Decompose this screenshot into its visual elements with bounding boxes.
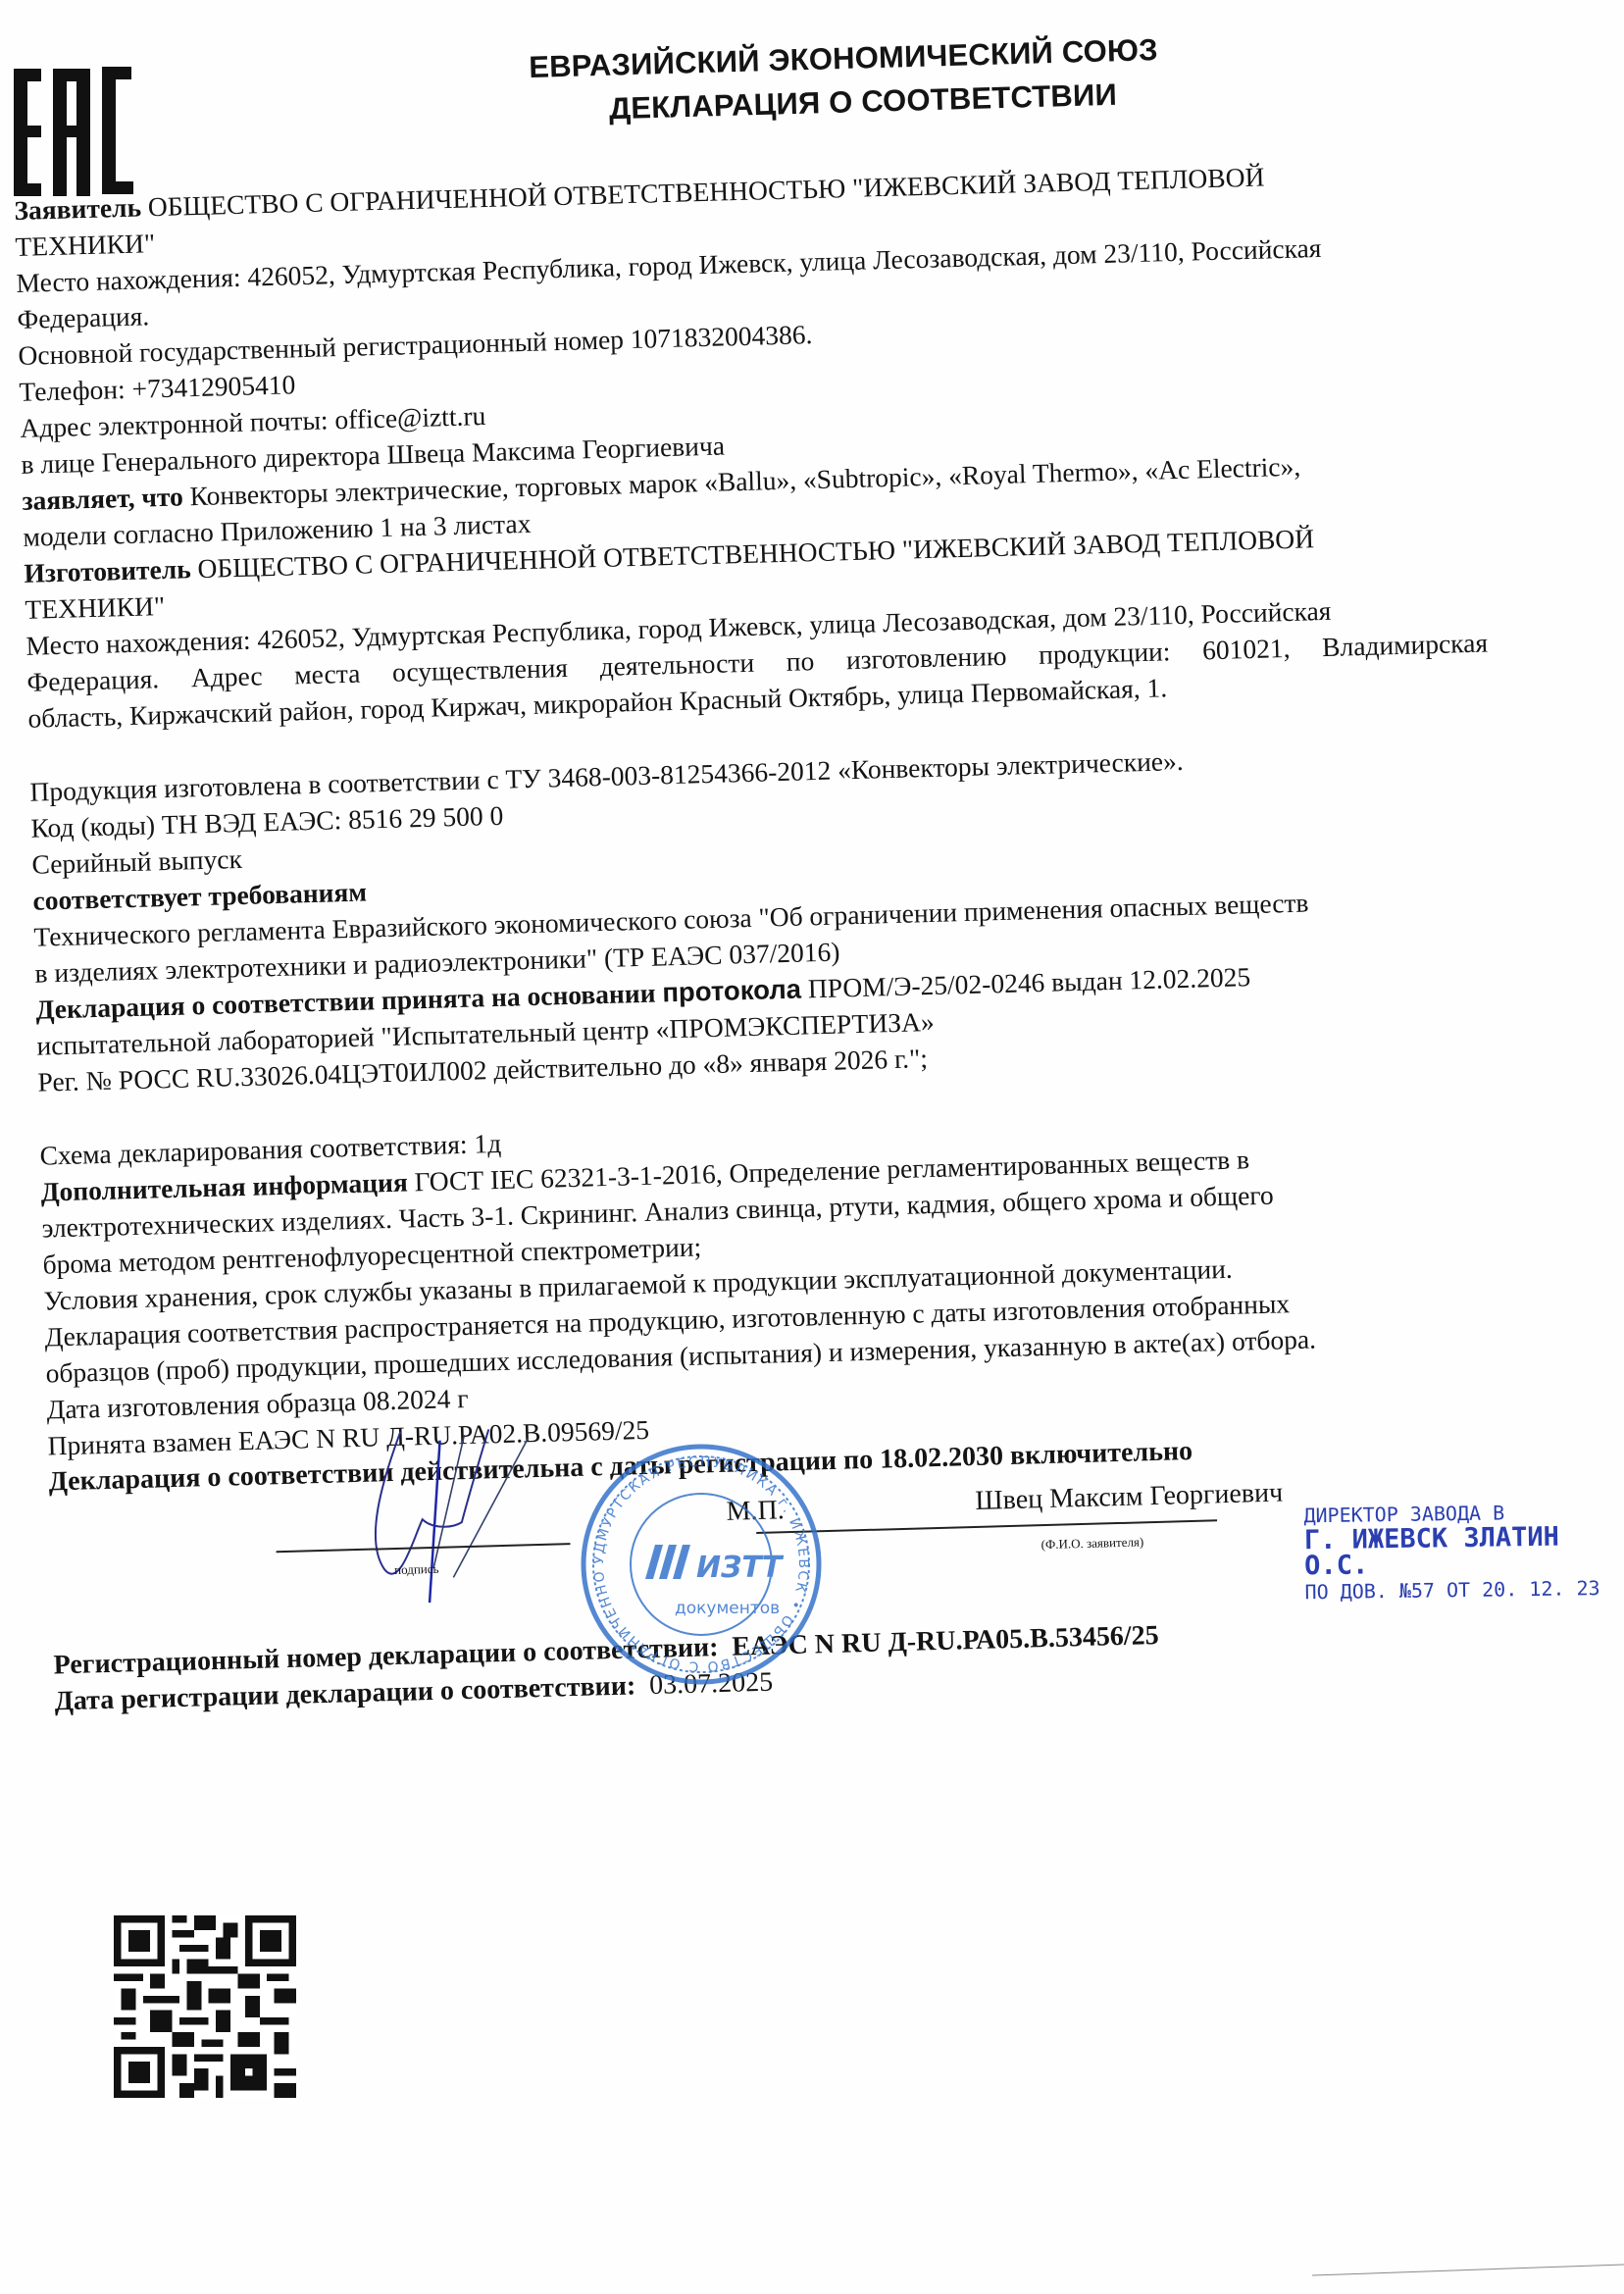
handwritten-signature-icon xyxy=(341,1417,562,1609)
copy-stamp-line-2: Г. ИЖЕВСК ЗЛАТИН О.С. xyxy=(1304,1524,1624,1580)
manufacturer-label: Изготовитель xyxy=(24,553,191,588)
svg-text:документов: документов xyxy=(675,1599,780,1618)
name-line xyxy=(756,1519,1217,1534)
scan-edge-line xyxy=(1312,2264,1624,2275)
applicant-label: Заявитель xyxy=(14,191,141,225)
copy-stamp-line-3: ПО ДОВ. №57 ОТ 20. 12. 23 xyxy=(1304,1575,1624,1606)
svg-text:ИЗТТ: ИЗТТ xyxy=(696,1551,785,1585)
signature-caption: подпись xyxy=(394,1551,439,1588)
signer-caption: (Ф.И.О. заявителя) xyxy=(1040,1523,1144,1562)
signer-name: Швец Максим Георгиевич xyxy=(975,1474,1284,1518)
certified-copy-stamp: ДИРЕКТОР ЗАВОДА В Г. ИЖЕВСК ЗЛАТИН О.С. … xyxy=(1303,1499,1624,1606)
qr-code-icon xyxy=(114,1915,296,2098)
declaration-page: ЕВРАЗИЙСКИЙ ЭКОНОМИЧЕСКИЙ СОЮЗ ДЕКЛАРАЦИ… xyxy=(0,0,1624,2294)
company-seal-icon: УДМУРТСКАЯ РЕСПУБЛИКА г. ИЖЕВСК • ОБЩЕСТ… xyxy=(579,1442,824,1687)
